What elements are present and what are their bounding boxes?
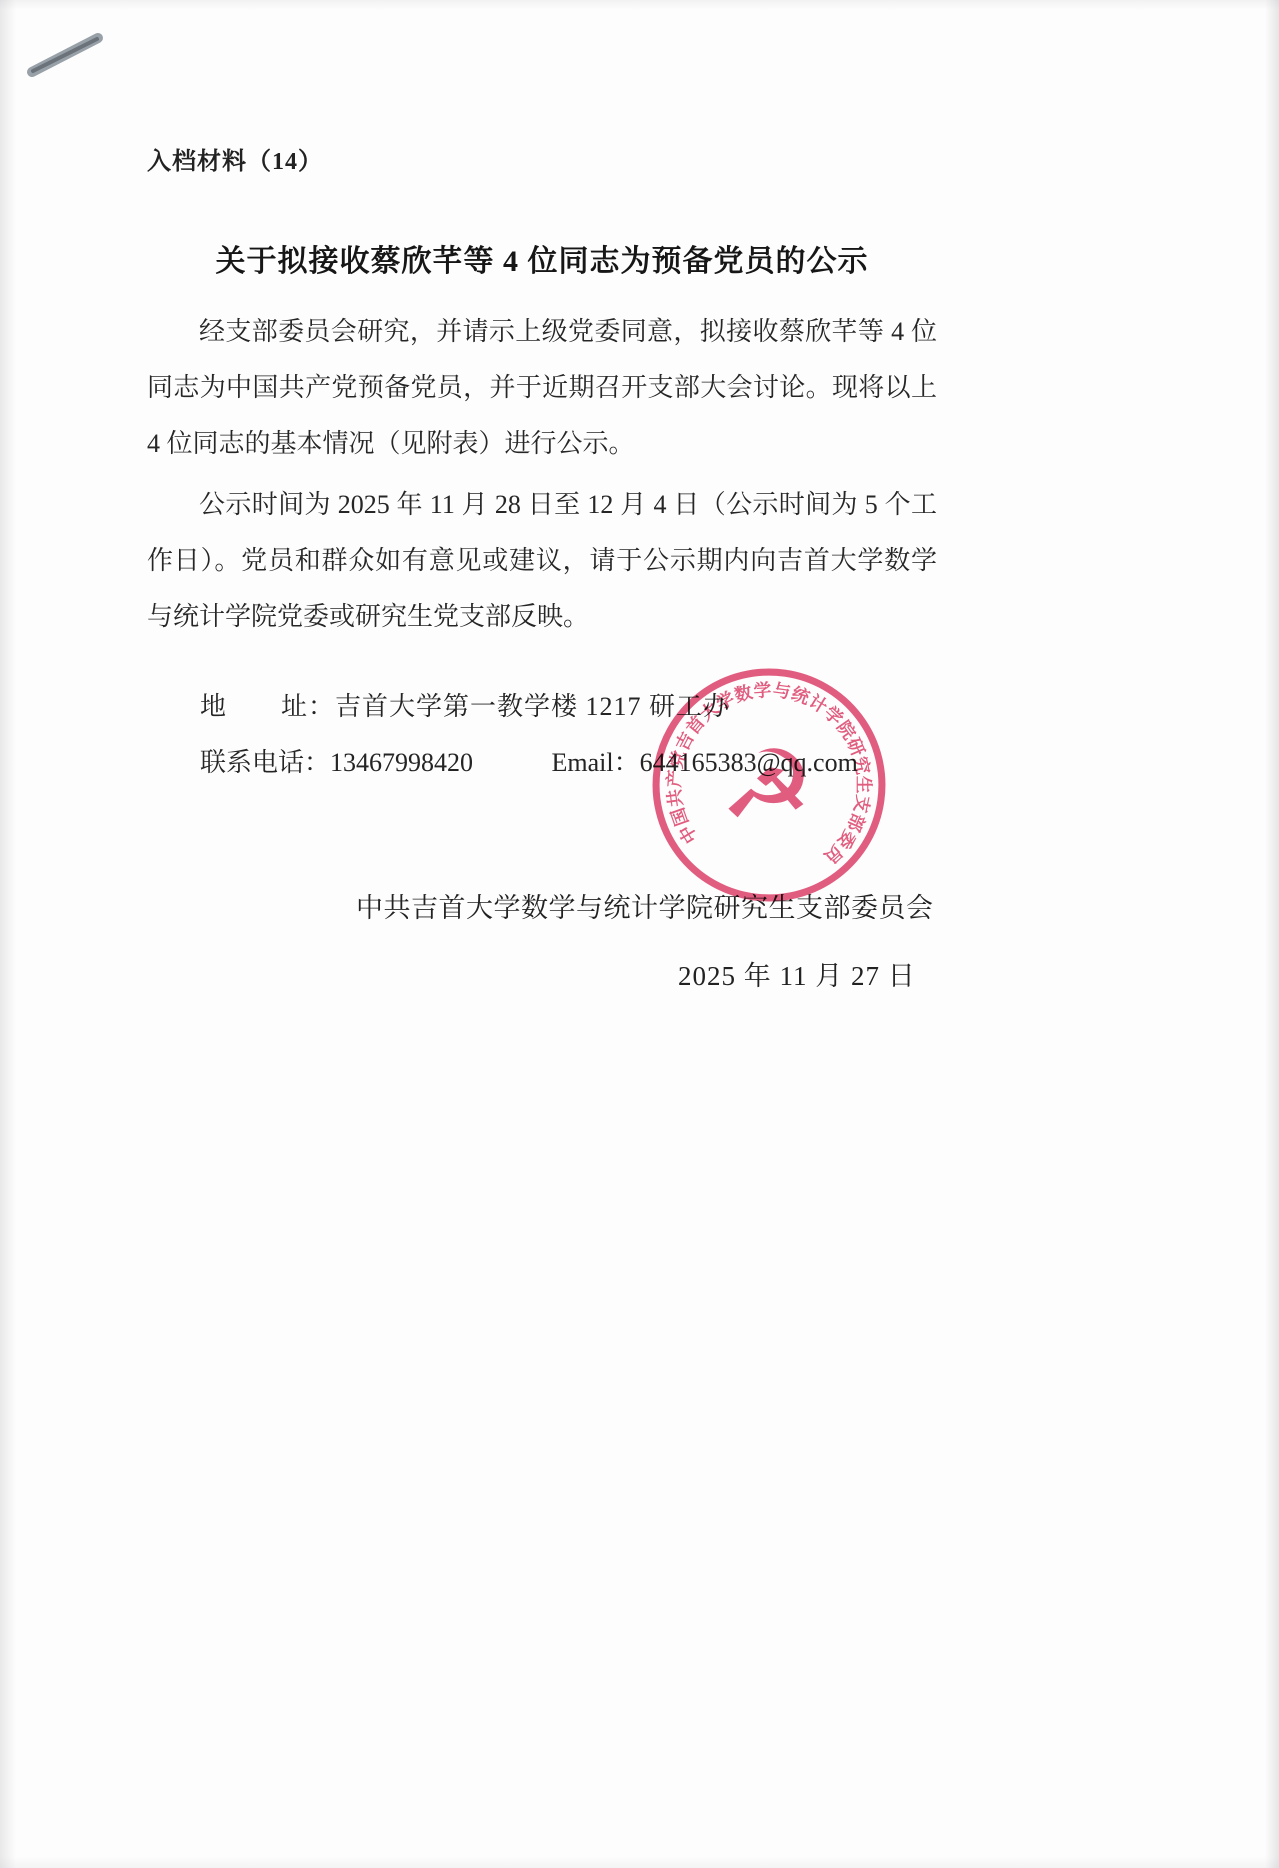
document-page: 入档材料（14） 关于拟接收蔡欣芊等 4 位同志为预备党员的公示 经支部委员会研… <box>0 0 1279 1868</box>
signature-date: 2025 年 11 月 27 日 <box>678 954 916 993</box>
archive-label: 入档材料（14） <box>147 141 323 176</box>
hammer-and-sickle-icon: ☭ <box>716 722 822 851</box>
phone-value: 13467998420 <box>330 748 473 777</box>
document-body: 经支部委员会研究，并请示上级党委同意，拟接收蔡欣芊等 4 位同志为中国共产党预备… <box>147 304 937 645</box>
email-label: Email： <box>552 748 640 777</box>
paragraph-intro: 经支部委员会研究，并请示上级党委同意，拟接收蔡欣芊等 4 位同志为中国共产党预备… <box>147 304 937 472</box>
address-line: 地 址：吉首大学第一教学楼 1217 研工办 <box>200 686 730 723</box>
phone-label: 联系电话： <box>200 748 330 777</box>
official-seal: 中国共产党吉首大学数学与统计学院研究生支部委员会 ☭ <box>632 648 905 921</box>
document-title: 关于拟接收蔡欣芊等 4 位同志为预备党员的公示 <box>147 236 937 280</box>
paragraph-notice-period: 公示时间为 2025 年 11 月 28 日至 12 月 4 日（公示时间为 5… <box>147 477 937 645</box>
address-label: 地 址： <box>200 692 335 721</box>
pen-scratch-mark <box>22 26 108 84</box>
